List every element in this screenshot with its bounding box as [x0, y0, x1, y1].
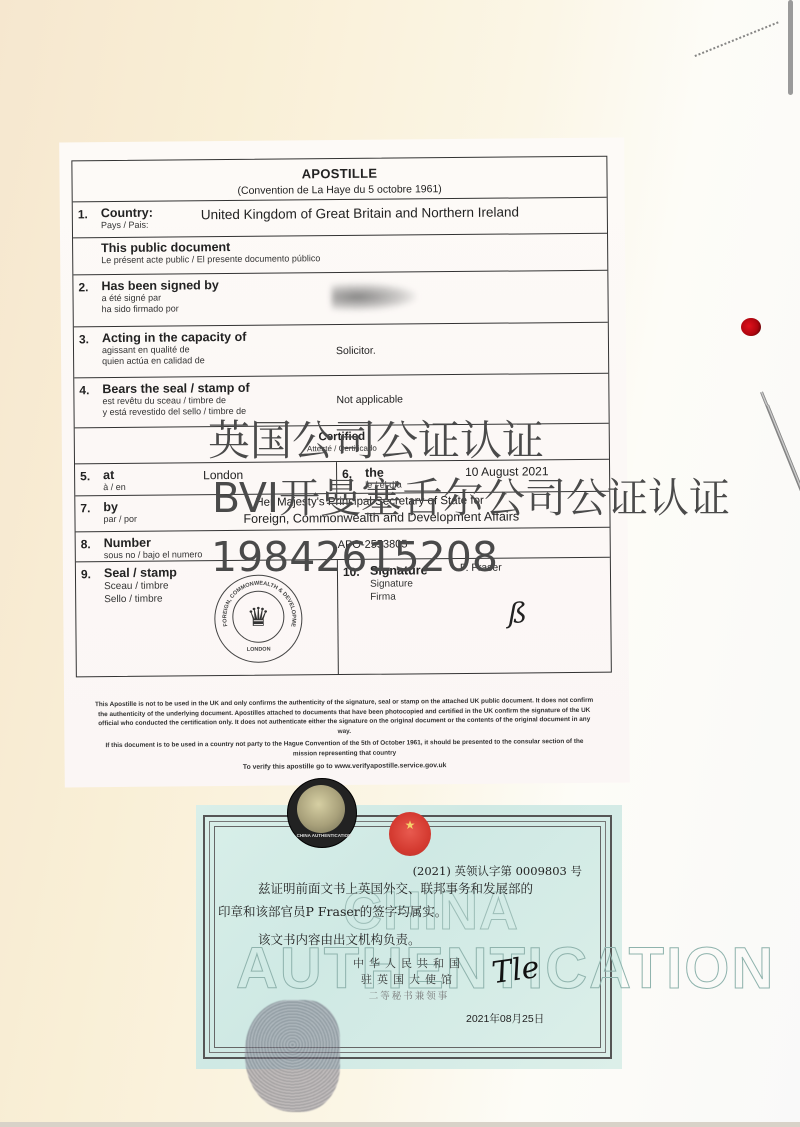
apostille-document: APOSTILLE (Convention de La Haye du 5 oc… [59, 138, 630, 788]
date-value: 10 August 2021 [465, 464, 549, 479]
redacted-signer-name [331, 282, 416, 311]
row-number: 1. [78, 207, 88, 221]
place-value: London [203, 468, 243, 482]
national-emblem-icon: ★ [389, 812, 431, 856]
authentication-hologram-sticker: CHINA AUTHENTICATION [287, 778, 357, 848]
row-number: 2. [78, 280, 88, 294]
row-number: 3. [79, 332, 89, 346]
row-number: 6. [342, 467, 352, 481]
row-number: 7. [80, 501, 90, 515]
red-seal-dot [741, 318, 761, 336]
cell-date: 6. the le / el día 10 August 2021 [337, 460, 609, 493]
row-seal-signature: 9. Seal / stamp Sceau / timbre Sello / t… [76, 558, 611, 677]
consul-signature: Tle [490, 950, 542, 991]
row-number: 5. [80, 469, 90, 483]
row-number: 4. [79, 383, 89, 397]
apostille-footer: This Apostille is not to be used in the … [94, 696, 595, 777]
hologram-emblem-icon [297, 785, 345, 833]
cell-seal-stamp: 9. Seal / stamp Sceau / timbre Sello / t… [76, 560, 339, 676]
issuer-line3: 二等秘书兼领事 [334, 988, 484, 1002]
scrollbar-thumb[interactable] [788, 0, 793, 95]
fcdo-seal: FOREIGN, COMMONWEALTH & DEVELOPMENT OFFI… [214, 574, 303, 663]
apostille-subtitle: (Convention de La Haye du 5 octobre 1961… [73, 182, 607, 199]
certificate-date: 2021年08月25日 [466, 1011, 544, 1026]
issuer-line2: 驻英国大使馆 [334, 971, 484, 987]
date-sublabel: le / el día [365, 478, 609, 491]
pencil-mark [694, 21, 779, 57]
signature-sublabel-es: Firma [370, 589, 610, 604]
seal-city: LONDON [216, 646, 302, 653]
row-certified: Certified Attesté / Certificado [75, 424, 609, 465]
footer-verify-link[interactable]: To verify this apostille go to www.verif… [95, 759, 595, 773]
row-number: 10. [343, 565, 360, 579]
row-number-apostille: 8. Number sous no / bajo el numero APO-2… [76, 528, 610, 563]
capacity-value: Solicitor. [336, 345, 376, 357]
row-place-date: 5. at à / en London 6. the le / el día 1… [75, 460, 609, 497]
cell-at: 5. at à / en London [75, 462, 337, 495]
row-by: 7. by par / por Her Majesty's Principal … [75, 492, 609, 533]
fingerprint-stamp [245, 1000, 340, 1112]
apostille-header: APOSTILLE (Convention de La Haye du 5 oc… [72, 157, 606, 203]
by-value-line2: Foreign, Commonwealth and Development Af… [243, 509, 519, 525]
row-seal-of: 4. Bears the seal / stamp of est revêtu … [74, 374, 608, 429]
footer-hague-note: If this document is to be used in a coun… [94, 737, 594, 761]
page-bottom-edge [0, 1122, 800, 1127]
footer-disclaimer: This Apostille is not to be used in the … [94, 696, 594, 739]
row-country: 1. Country: Pays / Pais: United Kingdom … [73, 198, 607, 239]
seal-of-value: Not applicable [336, 393, 403, 406]
country-value: United Kingdom of Great Britain and Nort… [201, 204, 519, 222]
handwritten-signature: ß [508, 596, 527, 629]
by-value-line1: Her Majesty's Principal Secretary of Sta… [255, 495, 484, 509]
certificate-text-line1: 兹证明前面文书上英国外交、联邦事务和发展部的 [258, 879, 533, 897]
certificate-text-line2: 印章和该部官员P Fraser的签字均属实。 [218, 902, 447, 920]
certificate-reference: (2021) 英领认字第 0009803 号 [413, 863, 582, 879]
issuer-line1: 中华人民共和国 [334, 955, 484, 971]
staple-pin-shadow [766, 404, 800, 489]
sticker-text: CHINA AUTHENTICATION [296, 833, 352, 838]
row-number: 9. [81, 567, 91, 581]
signatory-name: P. Fraser [460, 562, 502, 574]
row-public-document: This public document Le présent acte pub… [73, 234, 607, 276]
cell-signature: 10. Signature Signature Firma P. Fraser … [338, 558, 611, 674]
apostille-number-value: APO-2553805 [338, 538, 408, 551]
row-number: 8. [81, 537, 91, 551]
apostille-table: APOSTILLE (Convention de La Haye du 5 oc… [71, 156, 611, 678]
royal-coat-of-arms-icon: ♛ [232, 591, 284, 643]
row-signed-by: 2. Has been signed by a été signé par ha… [73, 271, 607, 328]
apostille-title: APOSTILLE [72, 164, 606, 184]
row-capacity: 3. Acting in the capacity of agissant en… [74, 323, 608, 379]
certificate-text-line3: 该文书内容由出文机构负责。 [258, 930, 421, 948]
